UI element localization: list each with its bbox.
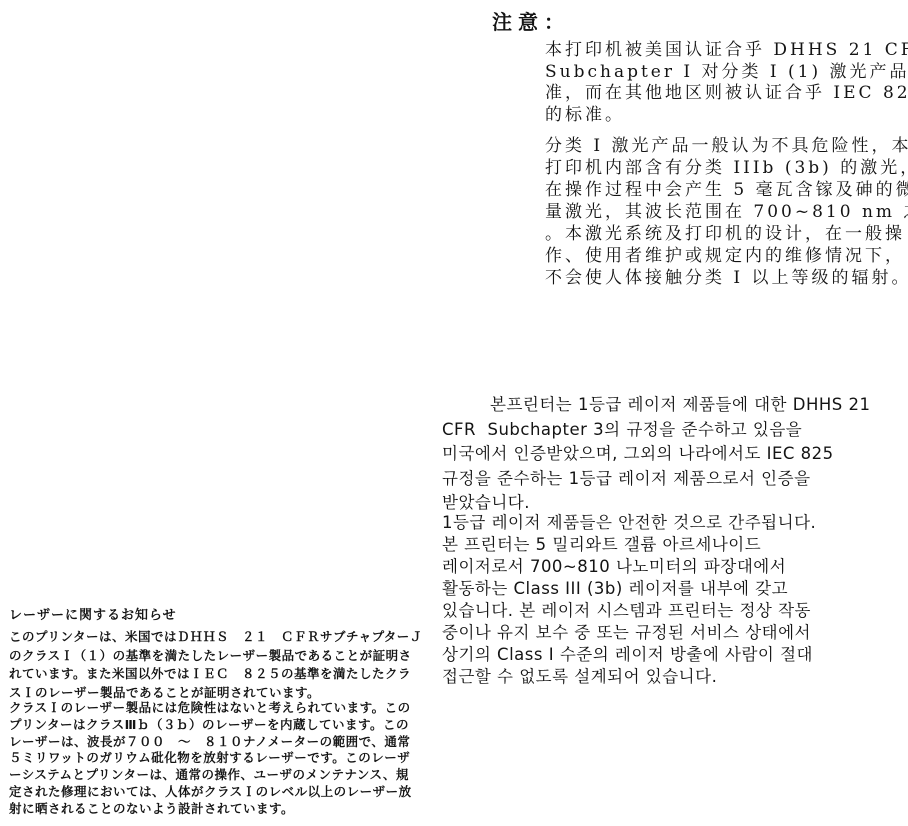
chinese-notice-paragraph-1: 本打印机被美国认证合乎 DHHS 21 CFR Subchapter I 对分类… [545, 40, 905, 127]
korean-notice-paragraph-1: 본프린터는 1등급 레이저 제품들에 대한 DHHS 21 CFR Subcha… [442, 393, 908, 516]
chinese-notice-paragraph-2: 分类 I 激光产品一般认为不具危险性，本 打印机内部含有分类 IIIb (3b)… [545, 135, 905, 289]
korean-notice-paragraph-2: 1등급 레이저 제품들은 안전한 것으로 간주됩니다. 본 프린터는 5 밀리와… [442, 512, 908, 688]
japanese-notice-heading: レーザーに関するお知らせ [9, 604, 177, 623]
chinese-notice-heading: 注意： [492, 6, 570, 35]
japanese-notice-paragraph-2: クラスＩのレーザー製品には危険性はないと考えられています。この プリンターはクラ… [9, 700, 449, 818]
japanese-notice-paragraph-1: このプリンターは、米国ではＤＨＨＳ ２１ ＣＦＲサブチャプターＪ のクラスＩ（１… [9, 628, 449, 702]
scanned-manual-page: 注意： 本打印机被美国认证合乎 DHHS 21 CFR Subchapter I… [0, 0, 908, 826]
